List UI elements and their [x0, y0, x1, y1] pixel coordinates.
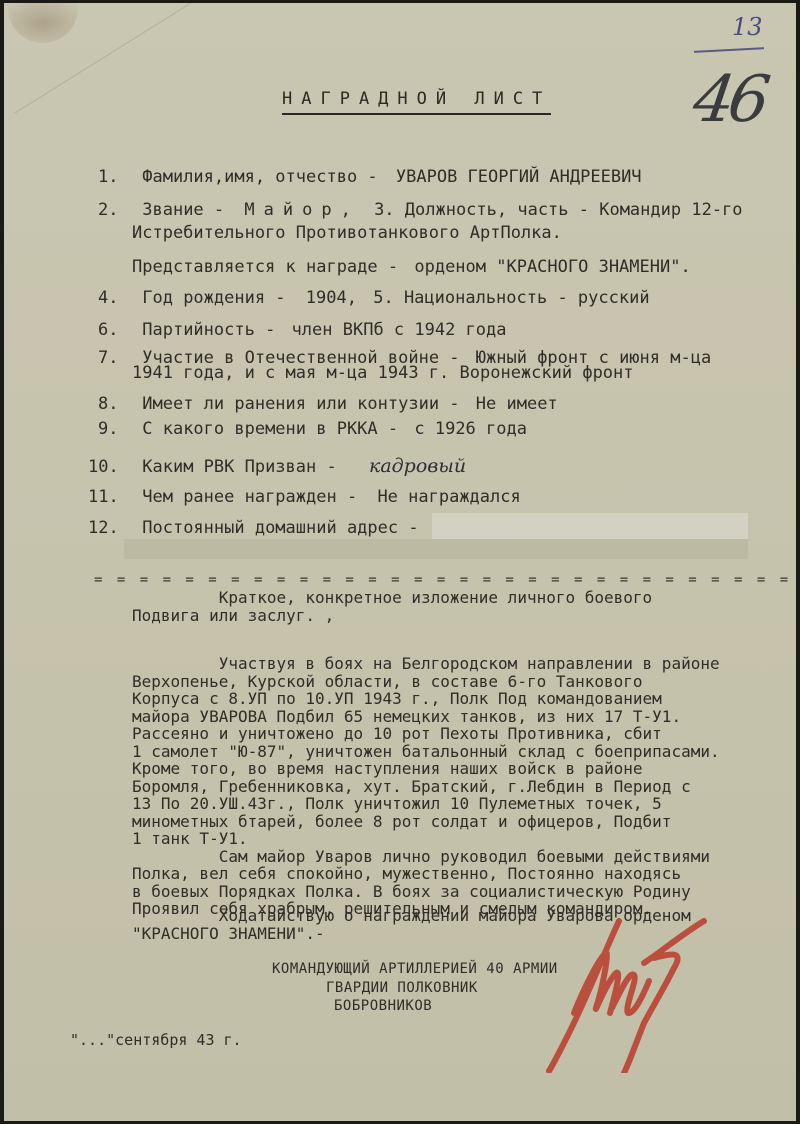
- field-number: 7.: [98, 348, 132, 368]
- narrative-line: 1 самолет "Ю-87", уничтожен батальонный …: [132, 742, 720, 761]
- summary-heading: Краткое, конкретное изложение личного бо…: [132, 589, 652, 624]
- field-number: 8.: [98, 394, 132, 414]
- summary-heading-line-1: Краткое, конкретное изложение личного бо…: [132, 588, 652, 607]
- document-date: "..."сентября 43 г.: [70, 1031, 242, 1049]
- field-label: Чем ранее награжден -: [142, 487, 357, 507]
- field-1: 1. Фамилия,имя, отчество - УВАРОВ ГЕОРГИ…: [98, 167, 642, 187]
- narrative-line: минометных бтарей, более 8 рот солдат и …: [132, 812, 671, 831]
- field-number: 6.: [98, 320, 132, 340]
- field-number: 12.: [88, 518, 132, 538]
- field-label: Год рождения -: [142, 288, 285, 308]
- narrative-line: Боромля, Гребенниковка, хут. Братский, г…: [132, 777, 691, 796]
- field-value: орденом "КРАСНОГО ЗНАМЕНИ".: [414, 257, 690, 277]
- field-label: Каким РВК Призван -: [142, 457, 336, 477]
- field-8: 8. Имеет ли ранения или контузии - Не им…: [98, 394, 558, 414]
- narrative-line: Полка, вел себя спокойно, мужественно, П…: [132, 864, 681, 883]
- paper-stain: [8, 3, 78, 43]
- field-number: 1.: [98, 167, 132, 187]
- field-9: 9. С какого времени в РККА - с 1926 года: [98, 419, 527, 439]
- field-label: С какого времени в РККА -: [142, 419, 398, 439]
- field-value: Майор,: [244, 200, 359, 220]
- field-value: 1904,: [306, 288, 357, 308]
- field-4: 4. Год рождения - 1904, 5. Национальност…: [98, 288, 650, 308]
- redacted-address: [432, 513, 748, 541]
- field-value: Не награждался: [377, 487, 520, 507]
- field-value: 1941 года, и с мая м-ца 1943 г. Воронежс…: [132, 363, 634, 383]
- field-number: 4.: [98, 288, 132, 308]
- field-12: 12. Постоянный домашний адрес -: [88, 518, 419, 538]
- field-3: 3. Должность, часть - Командир 12-го: [374, 200, 742, 220]
- section-divider: = = = = = = = = = = = = = = = = = = = = …: [94, 572, 796, 588]
- folio-number: 13: [732, 13, 763, 41]
- field-label: Постоянный домашний адрес -: [142, 518, 418, 538]
- field-number: 9.: [98, 419, 132, 439]
- award-sheet-page: 13 46 НАГРАДНОЙ ЛИСТ 1. Фамилия,имя, отч…: [4, 3, 796, 1121]
- field-label: Партийность -: [142, 320, 275, 340]
- award-recommended: Представляется к награде - орденом "КРАС…: [132, 257, 691, 277]
- field-value: с 1926 года: [414, 419, 527, 439]
- field-value: Истребительного Противотанкового АртПолк…: [132, 223, 562, 243]
- field-11: 11. Чем ранее награжден - Не награждался: [88, 487, 521, 507]
- narrative-line: Участвуя в боях на Белгородском направле…: [132, 654, 720, 673]
- signatory-title: КОМАНДУЮЩИЙ АРТИЛЛЕРИЕЙ 40 АРМИИ: [272, 961, 558, 977]
- folio-underline: [694, 47, 764, 53]
- field-value: Не имеет: [476, 394, 558, 414]
- field-label: Имеет ли ранения или контузии -: [142, 394, 459, 414]
- redacted-band: [124, 539, 748, 559]
- narrative-line: 13 По 20.УШ.43г., Полк уничтожил 10 Пуле…: [132, 794, 662, 813]
- narrative-line: 1 танк Т-У1.: [132, 829, 248, 848]
- petition-line-2: "КРАСНОГО ЗНАМЕНИ".-: [132, 924, 325, 943]
- narrative-line: в боевых Порядках Полка. В боях за социа…: [132, 882, 691, 901]
- field-value: член ВКПб с 1942 года: [292, 320, 507, 340]
- field-value: УВАРОВ ГЕОРГИЙ АНДРЕЕВИЧ: [396, 167, 642, 187]
- field-number: 10.: [88, 457, 132, 477]
- narrative-line: Кроме того, во время наступления наших в…: [132, 759, 643, 778]
- document-title: НАГРАДНОЙ ЛИСТ: [282, 89, 551, 115]
- field-label: Представляется к награде -: [132, 257, 398, 277]
- red-signature: [544, 903, 744, 1073]
- field-6: 6. Партийность - член ВКПб с 1942 года: [98, 320, 507, 340]
- narrative-line: Рассеяно и уничтожено до 10 рот Пехоты П…: [132, 724, 662, 743]
- narrative-line: Корпуса с 8.УП по 10.УП 1943 г., Полк По…: [132, 689, 662, 708]
- field-number: 2.: [98, 200, 132, 220]
- field-7-continuation: 1941 года, и с мая м-ца 1943 г. Воронежс…: [132, 363, 634, 383]
- signatory-rank: ГВАРДИИ ПОЛКОВНИК: [326, 980, 478, 996]
- field-10: 10. Каким РВК Призван - кадровый: [88, 455, 466, 477]
- field-number: 11.: [88, 487, 132, 507]
- signatory-name: БОБРОВНИКОВ: [334, 998, 432, 1014]
- field-label: Звание -: [142, 200, 224, 220]
- narrative-line: майора УВАРОВА Подбил 65 немецких танков…: [132, 707, 681, 726]
- summary-heading-line-2: Подвига или заслуг. ,: [132, 606, 334, 625]
- field-2: 2. Звание - Майор, 3. Должность, часть -…: [98, 200, 743, 220]
- narrative-line: Верхопенье, Курской области, в составе 6…: [132, 672, 643, 691]
- handwritten-value: кадровый: [369, 455, 466, 477]
- field-3-continuation: Истребительного Противотанкового АртПолк…: [132, 223, 562, 243]
- field-label: Фамилия,имя, отчество -: [142, 167, 377, 187]
- field-5: 5. Национальность - русский: [373, 288, 649, 308]
- narrative-line: Сам майор Уваров лично руководил боевыми…: [132, 847, 710, 866]
- sheet-number: 46: [689, 63, 769, 137]
- narrative-text: Участвуя в боях на Белгородском направле…: [132, 655, 720, 918]
